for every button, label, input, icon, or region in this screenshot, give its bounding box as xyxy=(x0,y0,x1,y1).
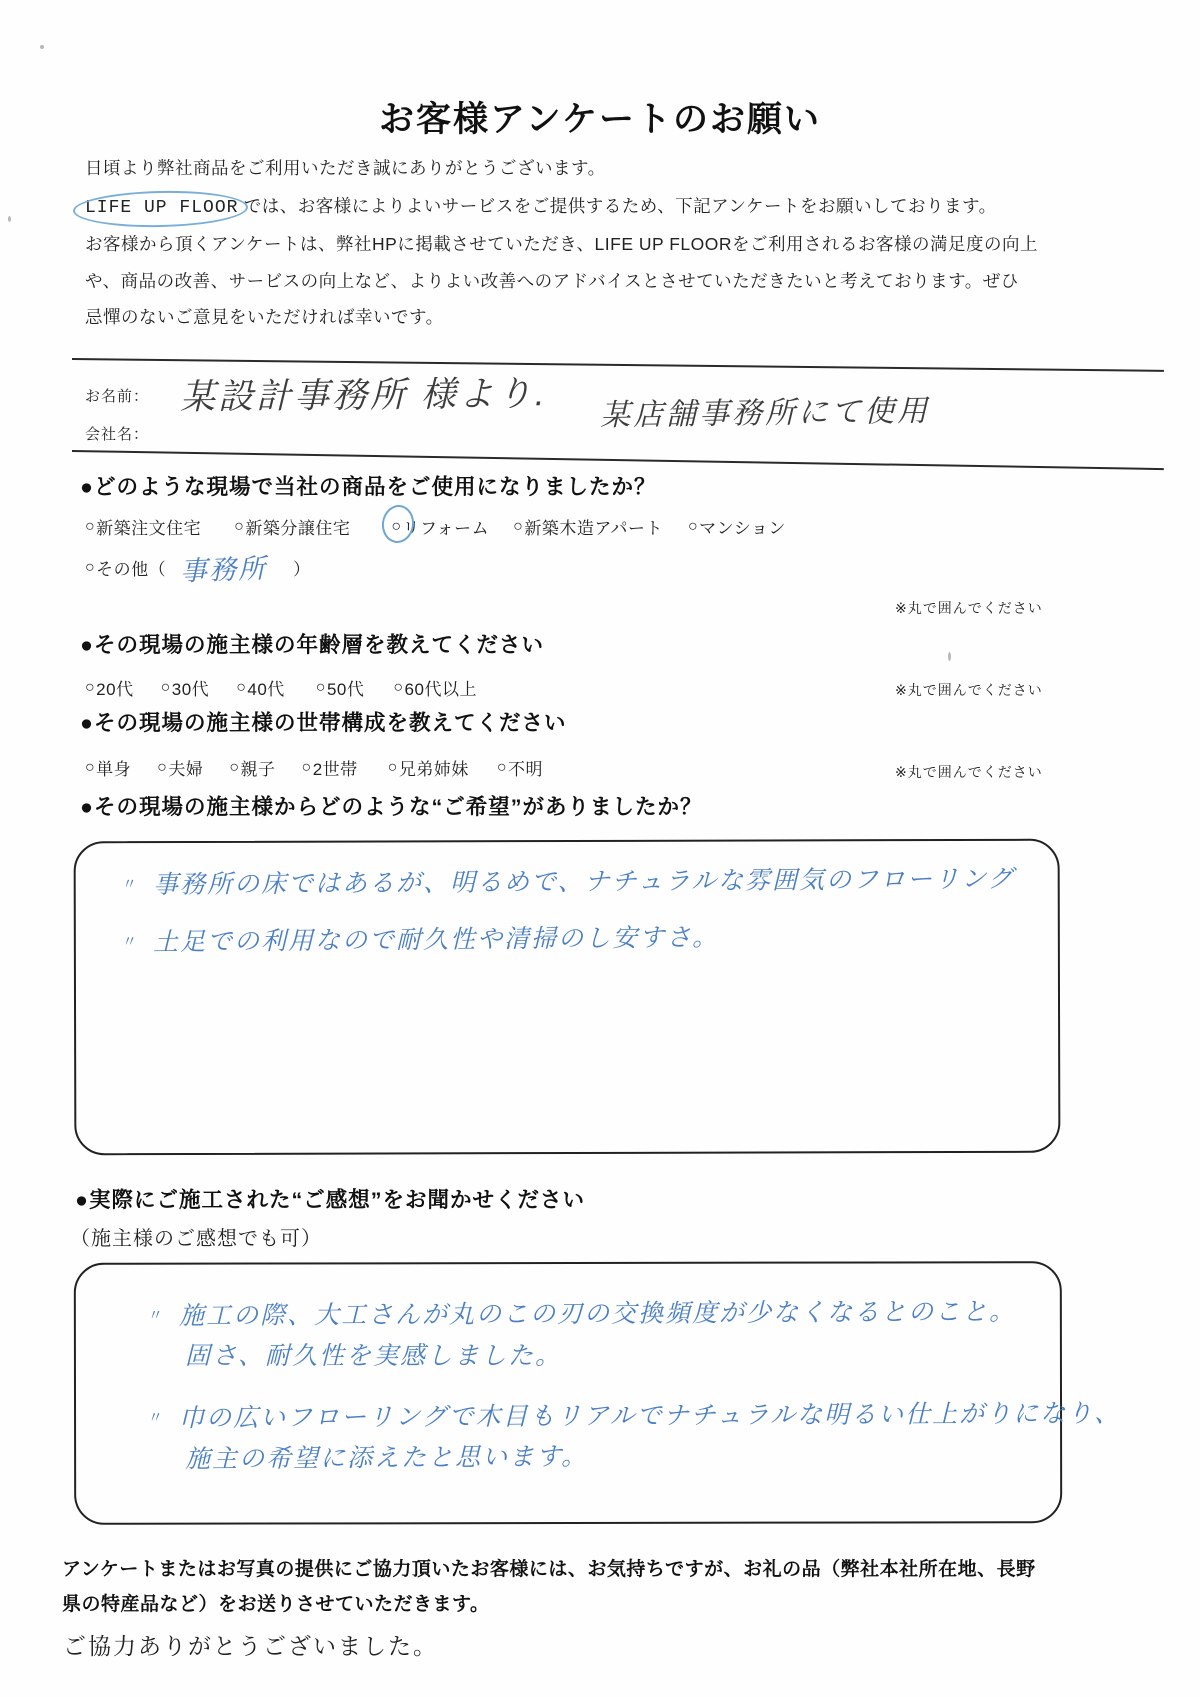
radio-circle: ○ xyxy=(497,759,507,777)
option-siblings: ○兄弟姉妹 xyxy=(388,755,469,780)
company-label: 会社名： xyxy=(85,423,149,444)
thanks-message: ご協力ありがとうございました。 xyxy=(63,1628,438,1661)
circle-note: ※丸で囲んでください xyxy=(895,762,1043,782)
intro-line-4: や、商品の改善、サービスの向上など、よりよい改善へのアドバイスとさせていただきた… xyxy=(85,268,1019,293)
radio-circle: ○ xyxy=(85,759,95,777)
handwritten-bullet-icon: 〃 xyxy=(122,876,139,893)
radio-circle: ○ xyxy=(316,679,326,697)
option-shinchiku-chumon: ○新築注文住宅 xyxy=(85,514,201,539)
radio-circle: ○ xyxy=(85,518,95,536)
radio-circle: ○ xyxy=(229,759,239,777)
option-40s: ○40代 xyxy=(236,675,285,700)
q5-subheading: （施主様のご感想でも可） xyxy=(70,1222,322,1251)
option-reform-selected: ○リフォーム xyxy=(391,514,489,539)
option-30s: ○30代 xyxy=(161,675,210,700)
q1-options-row: ○新築注文住宅 ○新築分譲住宅 ○リフォーム ○新築木造アパート ○マンション xyxy=(85,514,786,539)
q2-options-row: ○20代 ○30代 ○40代 ○50代 ○60代以上 xyxy=(85,675,477,700)
handwritten-other-value: 事務所 xyxy=(180,546,268,588)
q1-heading: ●どのような現場で当社の商品をご使用になりましたか？ xyxy=(80,470,657,501)
intro-line-1: 日頃より弊社商品をご利用いただき誠にありがとうございます。 xyxy=(85,155,606,180)
radio-circle: ○ xyxy=(388,759,398,777)
handwritten-impression-line: 固さ、耐久性を実感しました。 xyxy=(185,1336,562,1372)
radio-circle: ○ xyxy=(236,679,246,697)
footer-line-1: アンケートまたはお写真の提供にご協力頂いたお客様には、お気持ちですが、お礼の品（… xyxy=(62,1552,1152,1587)
handwritten-impression-line: 施主の希望に添えたと思います。 xyxy=(185,1437,588,1476)
scan-speck xyxy=(8,216,11,222)
handwritten-company-name: 某設計事務所 様より. xyxy=(180,366,548,420)
other-close-paren: ） xyxy=(293,555,310,580)
option-couple: ○夫婦 xyxy=(157,755,203,780)
radio-circle: ○ xyxy=(234,518,244,536)
handwritten-bullet-icon: 〃 xyxy=(122,933,139,950)
footer-line-2: 県の特産品など）をお送りさせていただきます。 xyxy=(62,1587,1152,1622)
radio-circle: ○ xyxy=(302,759,312,777)
option-unknown: ○不明 xyxy=(497,755,543,780)
radio-circle: ○ xyxy=(157,759,167,777)
option-20s: ○20代 xyxy=(85,675,134,700)
intro-line-2: LIFE UP FLOOR では、お客様によりよいサービスをご提供するため、下記… xyxy=(85,193,997,218)
name-label: お名前： xyxy=(85,385,149,406)
option-mokuzo-apart: ○新築木造アパート xyxy=(513,514,663,539)
circle-note: ※丸で囲んでください xyxy=(895,598,1043,618)
option-single: ○単身 xyxy=(85,755,131,780)
divider xyxy=(72,450,1164,470)
circle-note: ※丸で囲んでください xyxy=(895,680,1043,700)
q4-heading: ●その現場の施主様からどのような“ご希望”がありましたか？ xyxy=(80,790,703,821)
q3-options-row: ○単身 ○夫婦 ○親子 ○2世帯 ○兄弟姉妹 ○不明 xyxy=(85,755,543,780)
scan-speck xyxy=(948,652,951,661)
brand-name: LIFE UP FLOOR xyxy=(85,198,238,218)
handwritten-usage-note: 某店舗事務所にて使用 xyxy=(600,386,931,435)
handwritten-bullet-icon: 〃 xyxy=(148,1409,165,1426)
page-title: お客様アンケートのお願い xyxy=(0,92,1200,142)
q3-heading: ●その現場の施主様の世帯構成を教えてください xyxy=(80,706,567,737)
radio-circle: ○ xyxy=(85,679,95,697)
radio-circle: ○ xyxy=(161,679,171,697)
handwritten-wish-line: 〃事務所の床ではあるが、明るめで、ナチュラルな雰囲気のフローリング xyxy=(122,859,1015,901)
option-60s-plus: ○60代以上 xyxy=(393,675,477,700)
q5-heading: ●実際にご施工された“ご感想”をお聞かせください xyxy=(75,1183,585,1214)
survey-form-scan: お客様アンケートのお願い 日頃より弊社商品をご利用いただき誠にありがとうございま… xyxy=(0,0,1200,1697)
q2-heading: ●その現場の施主様の年齢層を教えてください xyxy=(80,628,544,659)
option-50s: ○50代 xyxy=(316,675,365,700)
footer-paragraph: アンケートまたはお写真の提供にご協力頂いたお客様には、お気持ちですが、お礼の品（… xyxy=(62,1552,1152,1622)
option-mansion: ○マンション xyxy=(688,514,786,539)
option-other: ○その他（ xyxy=(85,555,166,580)
intro-line-5: 忌憚のないご意見をいただければ幸いです。 xyxy=(85,304,444,329)
handwritten-impression-line: 〃巾の広いフローリングで木目もリアルでナチュラルな明るい仕上がりになり、 xyxy=(148,1393,1121,1434)
radio-circle: ○ xyxy=(85,559,95,577)
intro-line-3: お客様から頂くアンケートは、弊社HPに掲載させていただき、LIFE UP FLO… xyxy=(85,231,1038,256)
q1-other-row: ○その他（ 事務所 ） xyxy=(85,548,310,587)
hand-drawn-oval xyxy=(73,189,249,229)
handwritten-bullet-icon: 〃 xyxy=(148,1307,165,1324)
radio-circle: ○ xyxy=(688,518,698,536)
radio-circle: ○ xyxy=(513,518,523,536)
option-shinchiku-bunjo: ○新築分譲住宅 xyxy=(234,514,350,539)
intro-line-2-text: では、お客様によりよいサービスをご提供するため、下記アンケートをお願いしておりま… xyxy=(244,196,997,216)
handwritten-impression-line: 〃施工の際、大工さんが丸のこの刃の交換頻度が少なくなるとのこと。 xyxy=(148,1292,1016,1333)
option-parent-child: ○親子 xyxy=(229,755,275,780)
radio-circle: ○ xyxy=(393,679,403,697)
scan-speck xyxy=(40,45,44,49)
handwritten-wish-line: 〃土足での利用なので耐久性や清掃のし安すさ。 xyxy=(122,917,719,958)
option-two-households: ○2世帯 xyxy=(302,755,358,780)
